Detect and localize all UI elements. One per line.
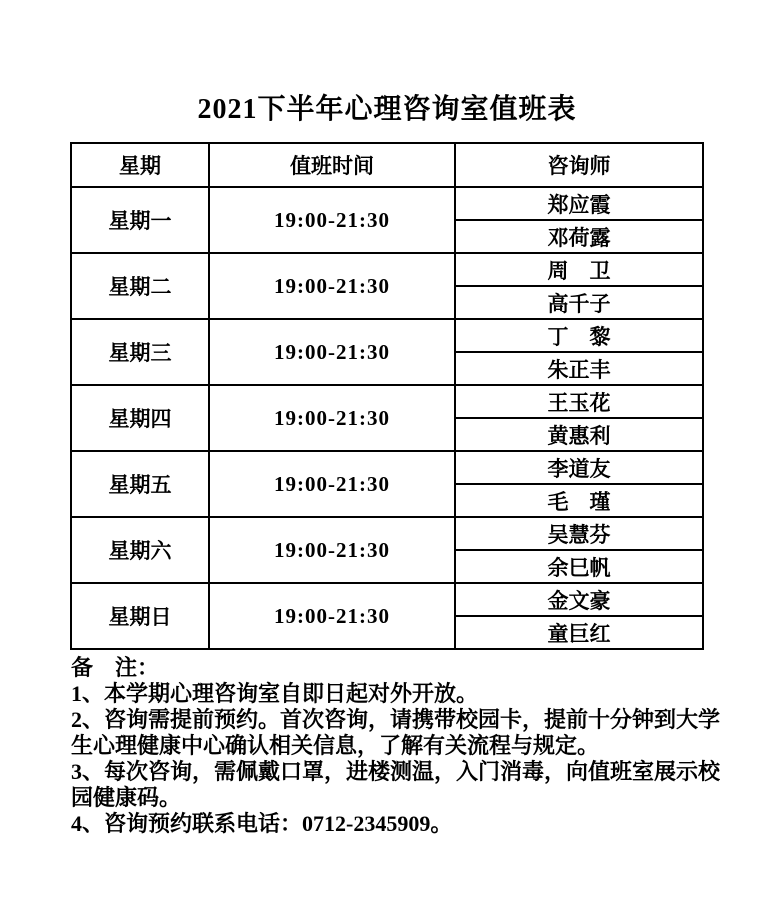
time-cell: 19:00-21:30 — [209, 187, 455, 253]
notes-items: 1、本学期心理咨询室自即日起对外开放。2、咨询需提前预约。首次咨询，请携带校园卡… — [71, 681, 723, 837]
note-item: 2、咨询需提前预约。首次咨询，请携带校园卡，提前十分钟到大学生心理健康中心确认相… — [71, 707, 723, 759]
note-item: 1、本学期心理咨询室自即日起对外开放。 — [71, 681, 723, 707]
counselor-cell: 郑应霞 — [455, 187, 703, 220]
time-cell: 19:00-21:30 — [209, 319, 455, 385]
day-cell: 星期一 — [71, 187, 209, 253]
counselor-cell: 黄惠利 — [455, 418, 703, 451]
table-row: 星期四19:00-21:30王玉花 — [71, 385, 703, 418]
duty-schedule-table: 星期 值班时间 咨询师 星期一19:00-21:30郑应霞邓荷露星期二19:00… — [70, 142, 704, 650]
day-cell: 星期五 — [71, 451, 209, 517]
table-row: 星期一19:00-21:30郑应霞 — [71, 187, 703, 220]
table-row: 星期日19:00-21:30金文豪 — [71, 583, 703, 616]
counselor-cell: 金文豪 — [455, 583, 703, 616]
counselor-cell: 李道友 — [455, 451, 703, 484]
time-cell: 19:00-21:30 — [209, 583, 455, 649]
time-cell: 19:00-21:30 — [209, 517, 455, 583]
notes-label: 备 注： — [71, 655, 723, 681]
counselor-cell: 王玉花 — [455, 385, 703, 418]
col-header-day: 星期 — [71, 143, 209, 187]
day-cell: 星期二 — [71, 253, 209, 319]
time-cell: 19:00-21:30 — [209, 451, 455, 517]
counselor-cell: 丁 黎 — [455, 319, 703, 352]
counselor-cell: 吴慧芬 — [455, 517, 703, 550]
counselor-cell: 朱正丰 — [455, 352, 703, 385]
time-cell: 19:00-21:30 — [209, 253, 455, 319]
page-title: 2021下半年心理咨询室值班表 — [0, 0, 774, 127]
table-row: 星期六19:00-21:30吴慧芬 — [71, 517, 703, 550]
header-row: 星期 值班时间 咨询师 — [71, 143, 703, 187]
notes-section: 备 注： 1、本学期心理咨询室自即日起对外开放。2、咨询需提前预约。首次咨询，请… — [71, 655, 723, 837]
counselor-cell: 高千子 — [455, 286, 703, 319]
day-cell: 星期三 — [71, 319, 209, 385]
col-header-time: 值班时间 — [209, 143, 455, 187]
col-header-counselor: 咨询师 — [455, 143, 703, 187]
counselor-cell: 余巳帆 — [455, 550, 703, 583]
counselor-cell: 童巨红 — [455, 616, 703, 649]
table-row: 星期五19:00-21:30李道友 — [71, 451, 703, 484]
counselor-cell: 邓荷露 — [455, 220, 703, 253]
document-page: 2021下半年心理咨询室值班表 星期 值班时间 咨询师 星期一19:00-21:… — [0, 0, 774, 902]
day-cell: 星期六 — [71, 517, 209, 583]
table-body: 星期一19:00-21:30郑应霞邓荷露星期二19:00-21:30周 卫高千子… — [71, 187, 703, 649]
note-item: 3、每次咨询，需佩戴口罩，进楼测温，入门消毒，向值班室展示校园健康码。 — [71, 759, 723, 811]
note-item: 4、咨询预约联系电话：0712-2345909。 — [71, 811, 723, 837]
day-cell: 星期四 — [71, 385, 209, 451]
table-header: 星期 值班时间 咨询师 — [71, 143, 703, 187]
counselor-cell: 周 卫 — [455, 253, 703, 286]
time-cell: 19:00-21:30 — [209, 385, 455, 451]
day-cell: 星期日 — [71, 583, 209, 649]
table-row: 星期二19:00-21:30周 卫 — [71, 253, 703, 286]
table-row: 星期三19:00-21:30丁 黎 — [71, 319, 703, 352]
counselor-cell: 毛 瑾 — [455, 484, 703, 517]
